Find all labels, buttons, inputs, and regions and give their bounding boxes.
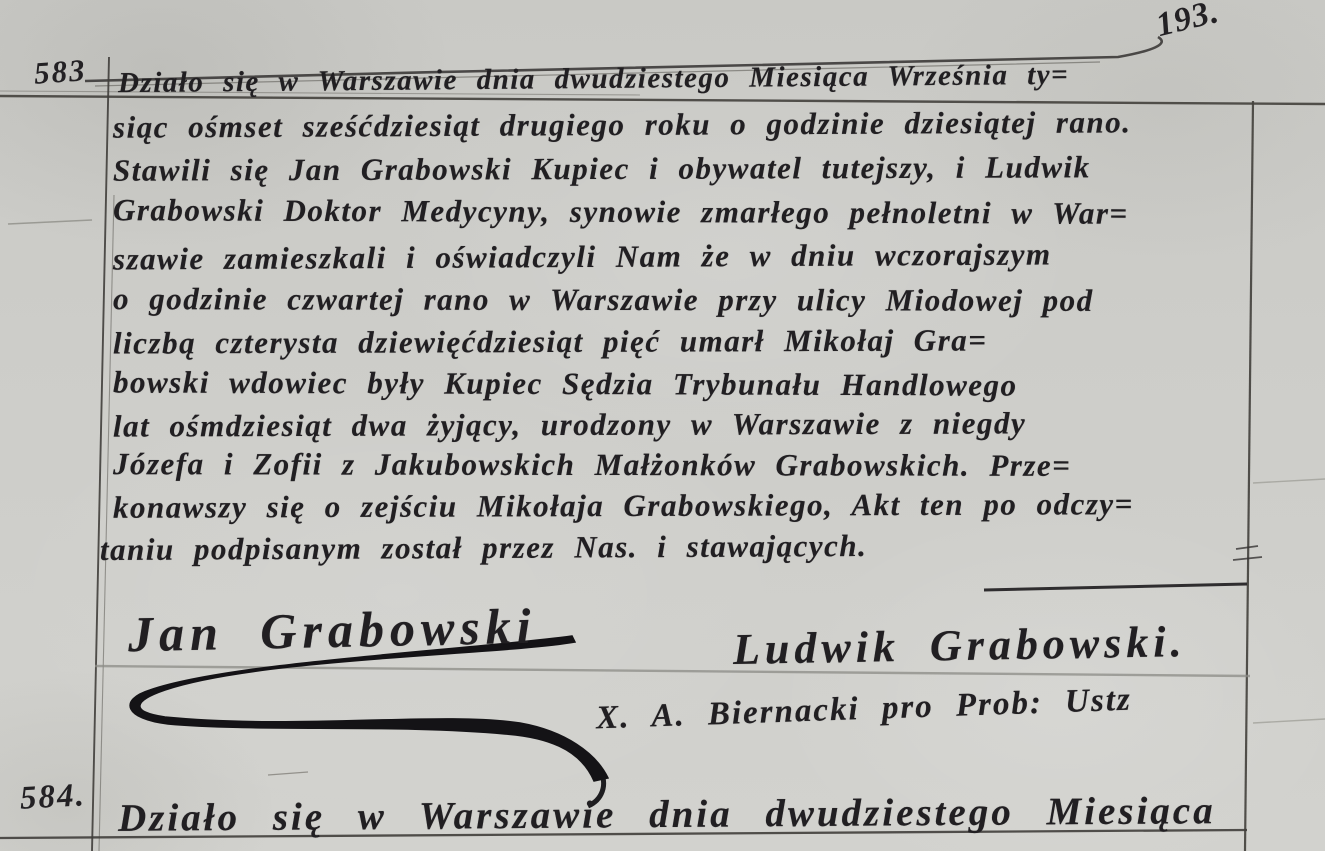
signature-ludwik-grabowski: Ludwik Grabowski. [733,616,1187,675]
record-583-text-line: lat ośmdziesiąt dwa żyjący, urodzony w W… [113,405,1026,444]
record-583-text-line: o godzinie czwartej rano w Warszawie prz… [113,281,1094,319]
record-583-text-line: taniu podpisanym został przez Nas. i sta… [100,528,868,568]
record-583-text-line: Stawili się Jan Grabowski Kupiec i obywa… [113,149,1091,188]
record-583-text-line: szawie zamieszkali i oświadczyli Nam że … [113,237,1052,278]
record-583-text-line: Grabowski Doktor Medycyny, synowie zmarł… [113,192,1129,232]
record-number-584: 584. [19,777,87,817]
signature-official-biernacki: X. A. Biernacki pro Prob: Ustz [596,682,1133,738]
record-583-text-line: bowski wdowiec były Kupiec Sędzia Trybun… [113,364,1018,403]
record-583-text-line: liczbą czterysta dziewięćdziesiąt pięć u… [113,322,988,361]
record-number-583: 583 [33,52,88,92]
record-583-text-line: Józefa i Zofii z Jakubowskich Małżonków … [113,446,1071,484]
record-584-text-line: Działo się w Warszawie dnia dwudziestego… [118,788,1216,841]
folio-number: 193. [1152,0,1223,45]
signature-jan-grabowski: Jan Grabowski [127,597,537,664]
record-583-text-line: Działo się w Warszawie dnia dwudziestego… [118,59,1069,100]
record-583-text-line: konawszy się o zejściu Mikołaja Grabowsk… [113,486,1134,526]
scanned-register-page: 193. 583 584. Działo się w Warszawie dni… [0,0,1325,851]
record-583-text-line: siąc ośmset sześćdziesiąt drugiego roku … [113,104,1132,145]
